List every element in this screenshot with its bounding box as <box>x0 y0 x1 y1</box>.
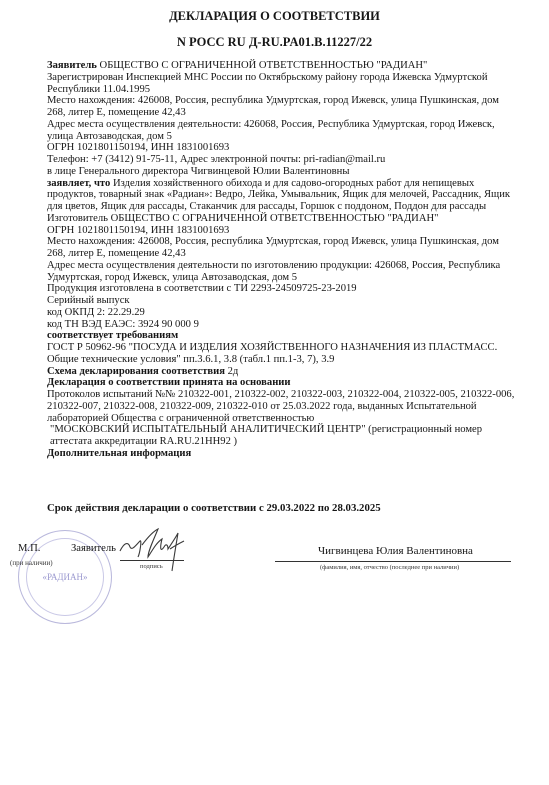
stamp-text: «РАДИАН» <box>43 572 88 582</box>
document-title: ДЕКЛАРАЦИЯ О СООТВЕТСТВИИ <box>0 9 549 24</box>
declares-text: Изделия хозяйственного обихода и для сад… <box>47 178 510 213</box>
applicant-registration: Зарегистрирован Инспекцией МНС России по… <box>47 72 517 96</box>
basis-text: Протоколов испытаний №№ 210322-001, 2103… <box>47 389 517 424</box>
applicant-signature-label: Заявитель <box>71 543 116 554</box>
signer-name-note: (фамилия, имя, отчество (последнее при н… <box>320 564 459 571</box>
signature-note: подпись <box>140 563 163 570</box>
declaration-number: N РОСС RU Д-RU.PA01.B.11227/22 <box>0 35 549 50</box>
declaration-body: Заявитель ОБЩЕСТВО С ОГРАНИЧЕННОЙ ОТВЕТС… <box>47 60 517 460</box>
applicant-contacts: Телефон: +7 (3412) 91-75-11, Адрес элект… <box>47 154 517 166</box>
additional-info-label: Дополнительная информация <box>47 448 517 460</box>
applicant-name: ОБЩЕСТВО С ОГРАНИЧЕННОЙ ОТВЕТСТВЕННОСТЬЮ… <box>97 60 427 71</box>
applicant-location: Место нахождения: 426008, Россия, респуб… <box>47 95 517 119</box>
mp-label: М.П. <box>18 543 40 554</box>
applicant-line: Заявитель ОБЩЕСТВО С ОГРАНИЧЕННОЙ ОТВЕТС… <box>47 60 517 72</box>
scheme-line: Схема декларирования соответствия 2д <box>47 366 517 378</box>
name-line <box>275 561 511 562</box>
scheme-label: Схема декларирования соответствия <box>47 366 225 377</box>
lab-name: "МОСКОВСКИЙ ИСПЫТАТЕЛЬНЫЙ АНАЛИТИЧЕСКИЙ … <box>47 424 517 448</box>
applicant-ogrn-inn: ОГРН 1021801150194, ИНН 1831001693 <box>47 142 517 154</box>
manufacturer-production-address: Адрес места осуществления деятельности п… <box>47 260 517 284</box>
manufacturer-ogrn-inn: ОГРН 1021801150194, ИНН 1831001693 <box>47 225 517 237</box>
manufacturer-location: Место нахождения: 426008, Россия, респуб… <box>47 236 517 260</box>
manufacturer-name: Изготовитель ОБЩЕСТВО С ОГРАНИЧЕННОЙ ОТВ… <box>47 213 517 225</box>
validity-period: Срок действия декларации о соответствии … <box>47 502 381 514</box>
applicant-activity-address: Адрес места осуществления деятельности: … <box>47 119 517 143</box>
conformity-label: соответствует требованиям <box>47 330 517 342</box>
mp-note: (при наличии) <box>10 559 53 567</box>
conformity-standard: ГОСТ Р 50962-96 "ПОСУДА И ИЗДЕЛИЯ ХОЗЯЙС… <box>47 342 517 366</box>
tnved-code: код ТН ВЭД ЕАЭС: 3924 90 000 9 <box>47 319 517 331</box>
okpd-code: код ОКПД 2: 22.29.29 <box>47 307 517 319</box>
signer-name: Чигвинцева Юлия Валентиновна <box>318 545 473 557</box>
signature-line <box>120 560 184 561</box>
manufacturer-series: Серийный выпуск <box>47 295 517 307</box>
basis-label: Декларация о соответствии принята на осн… <box>47 377 517 389</box>
declares-label: заявляет, что <box>47 178 110 189</box>
manufacturer-spec: Продукция изготовлена в соответствии с Т… <box>47 283 517 295</box>
applicant-representative: в лице Генерального директора Чигвинцево… <box>47 166 517 178</box>
scheme-value: 2д <box>225 366 238 377</box>
declares-line: заявляет, что Изделия хозяйственного оби… <box>47 178 517 213</box>
applicant-label: Заявитель <box>47 60 97 71</box>
